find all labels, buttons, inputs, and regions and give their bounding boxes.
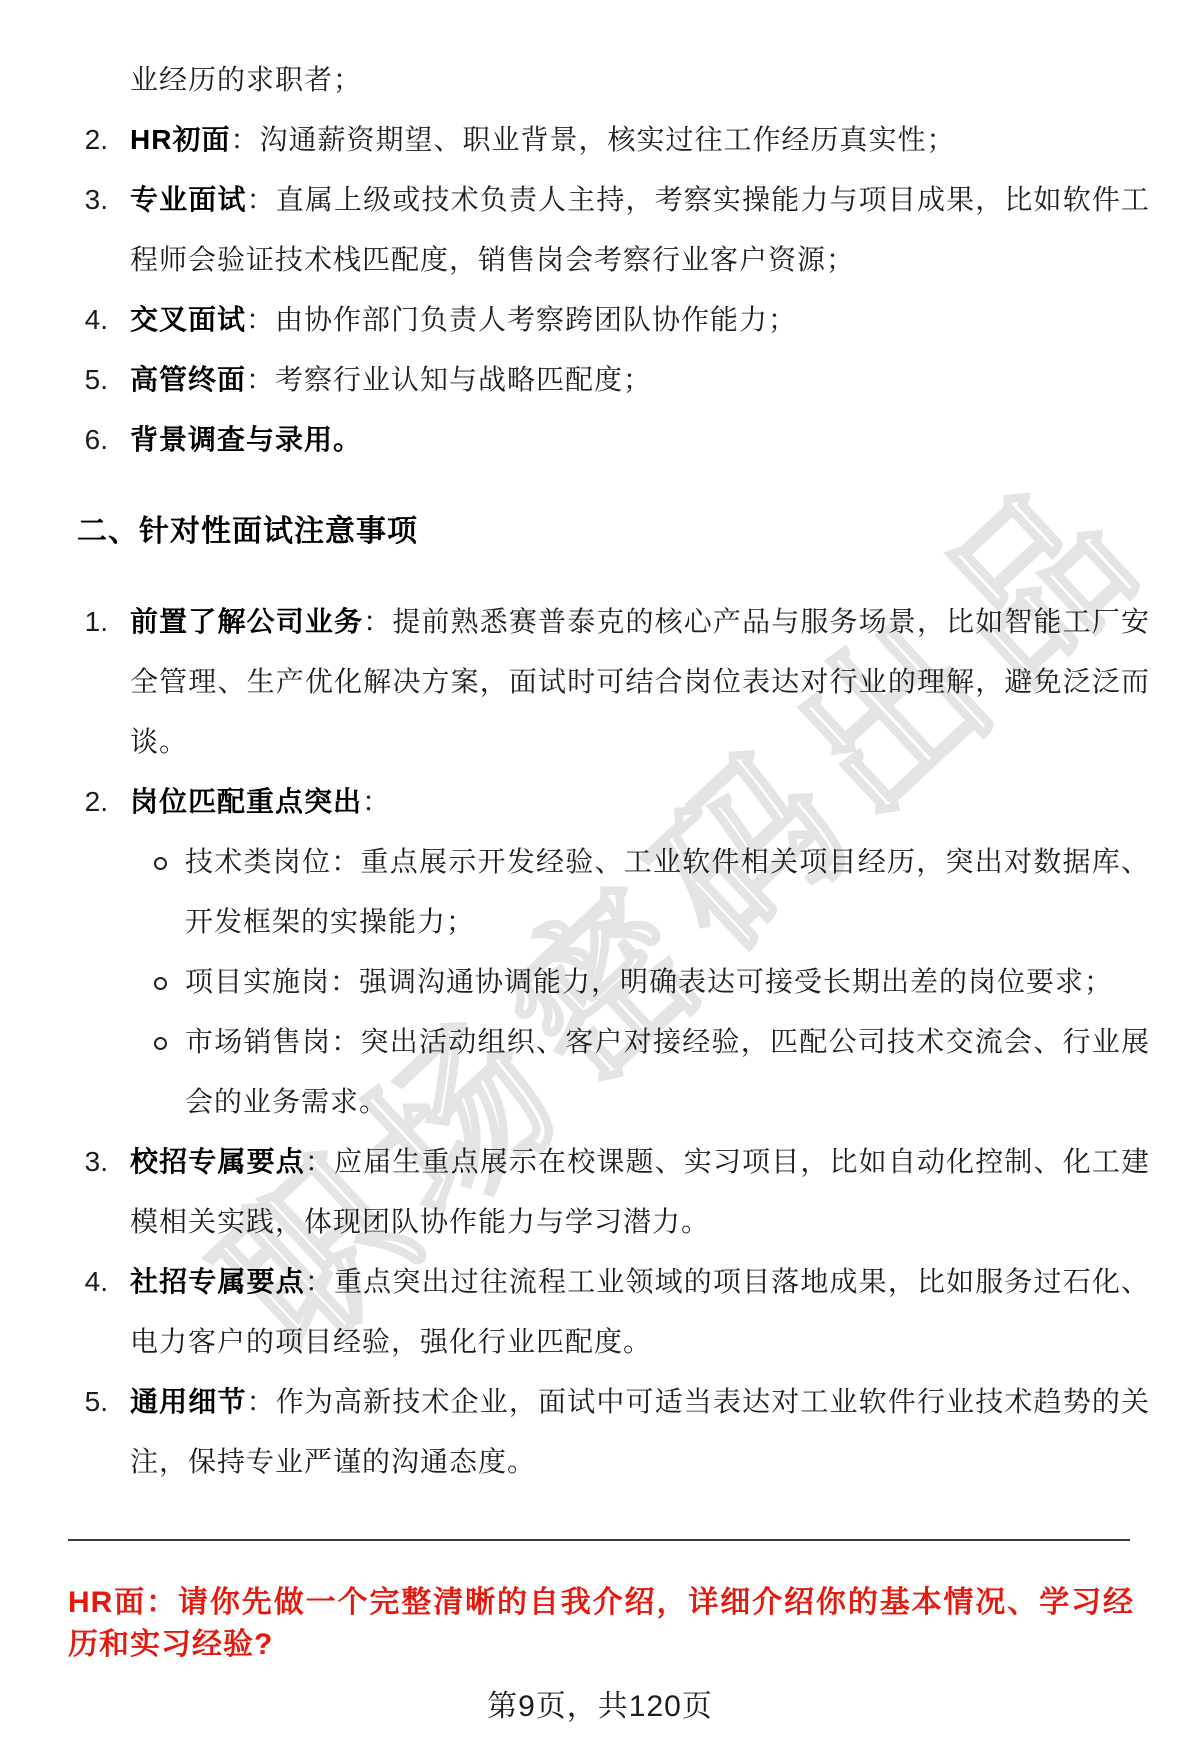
section-heading: 二、针对性面试注意事项 <box>77 502 1200 562</box>
list-term: 高管终面 <box>130 364 246 395</box>
list-item: 3. 专业面试：直属上级或技术负责人主持，考察实操能力与项目成果，比如软件工程师… <box>130 170 1150 290</box>
sub-list-text: 项目实施岗：强调沟通协调能力，明确表达可接受长期出差的岗位要求； <box>185 952 1150 1012</box>
document-page: 职场密码出品 业经历的求职者； 2. HR初面：沟通薪资期望、职业背景，核实过往… <box>0 0 1200 1755</box>
sub-list-item: 项目实施岗：强调沟通协调能力，明确表达可接受长期出差的岗位要求； <box>185 952 1150 1012</box>
interview-question: HR面：请你先做一个完整清晰的自我介绍，详细介绍你的基本情况、学习经历和实习经验… <box>68 1582 1134 1666</box>
list-term: 通用细节 <box>130 1386 247 1417</box>
list-item: 5. 高管终面：考察行业认知与战略匹配度； <box>130 350 1150 410</box>
list-term: 前置了解公司业务 <box>130 606 363 637</box>
list-term: 社招专属要点 <box>130 1266 305 1297</box>
list-text: ：由协作部门负责人考察跨团队协作能力； <box>246 304 797 335</box>
list-item-continuation: 业经历的求职者； <box>130 0 1150 110</box>
list-number: 6. <box>68 410 108 470</box>
list-term: 校招专属要点 <box>130 1146 305 1177</box>
list-term: HR初面 <box>130 124 230 155</box>
list-number: 2. <box>68 110 108 170</box>
list-item: 4. 社招专属要点：重点突出过往流程工业领域的项目落地成果，比如服务过石化、电力… <box>130 1252 1150 1372</box>
list-item: 6. 背景调查与录用。 <box>130 410 1150 470</box>
list-item: 5. 通用细节：作为高新技术企业，面试中可适当表达对工业软件行业技术趋势的关注，… <box>130 1372 1150 1492</box>
list-text: ：作为高新技术企业，面试中可适当表达对工业软件行业技术趋势的关注，保持专业严谨的… <box>130 1386 1150 1477</box>
list-text: ： <box>362 786 391 817</box>
list-text: ：沟通薪资期望、职业背景，核实过往工作经历真实性； <box>230 124 955 155</box>
list-number: 2. <box>68 772 108 832</box>
horizontal-divider <box>68 1539 1130 1541</box>
page-number: 第9页，共120页 <box>487 1690 713 1723</box>
list-item: 2. 岗位匹配重点突出： <box>130 772 1150 832</box>
page-footer: 第9页，共120页 <box>0 1687 1200 1727</box>
list-term: 交叉面试 <box>130 304 246 335</box>
list-item: 1. 前置了解公司业务：提前熟悉赛普泰克的核心产品与服务场景，比如智能工厂安全管… <box>130 592 1150 772</box>
list-number: 3. <box>68 170 108 230</box>
list-number: 3. <box>68 1132 108 1192</box>
sub-list-text: 技术类岗位：重点展示开发经验、工业软件相关项目经历，突出对数据库、开发框架的实操… <box>185 832 1150 952</box>
list-number: 5. <box>68 1372 108 1432</box>
list-term: 岗位匹配重点突出 <box>130 786 362 817</box>
bullet-circle-icon <box>154 857 167 870</box>
list-text: ：直属上级或技术负责人主持，考察实操能力与项目成果，比如软件工程师会验证技术栈匹… <box>130 184 1150 275</box>
sub-list-text: 市场销售岗：突出活动组织、客户对接经验，匹配公司技术交流会、行业展会的业务需求。 <box>185 1012 1150 1132</box>
list-number: 1. <box>68 592 108 652</box>
sub-list-item: 技术类岗位：重点展示开发经验、工业软件相关项目经历，突出对数据库、开发框架的实操… <box>185 832 1150 952</box>
list-term: 专业面试 <box>130 184 247 215</box>
list-term: 背景调查与录用。 <box>130 424 362 455</box>
list-number: 4. <box>68 1252 108 1312</box>
page-content: 业经历的求职者； 2. HR初面：沟通薪资期望、职业背景，核实过往工作经历真实性… <box>0 0 1200 1727</box>
list-number: 5. <box>68 350 108 410</box>
list-text: ：考察行业认知与战略匹配度； <box>246 364 652 395</box>
bullet-circle-icon <box>154 977 167 990</box>
list-number: 4. <box>68 290 108 350</box>
bullet-circle-icon <box>154 1037 167 1050</box>
sub-list-item: 市场销售岗：突出活动组织、客户对接经验，匹配公司技术交流会、行业展会的业务需求。 <box>185 1012 1150 1132</box>
list-item: 3. 校招专属要点：应届生重点展示在校课题、实习项目，比如自动化控制、化工建模相… <box>130 1132 1150 1252</box>
list-item: 2. HR初面：沟通薪资期望、职业背景，核实过往工作经历真实性； <box>130 110 1150 170</box>
list-item: 4. 交叉面试：由协作部门负责人考察跨团队协作能力； <box>130 290 1150 350</box>
